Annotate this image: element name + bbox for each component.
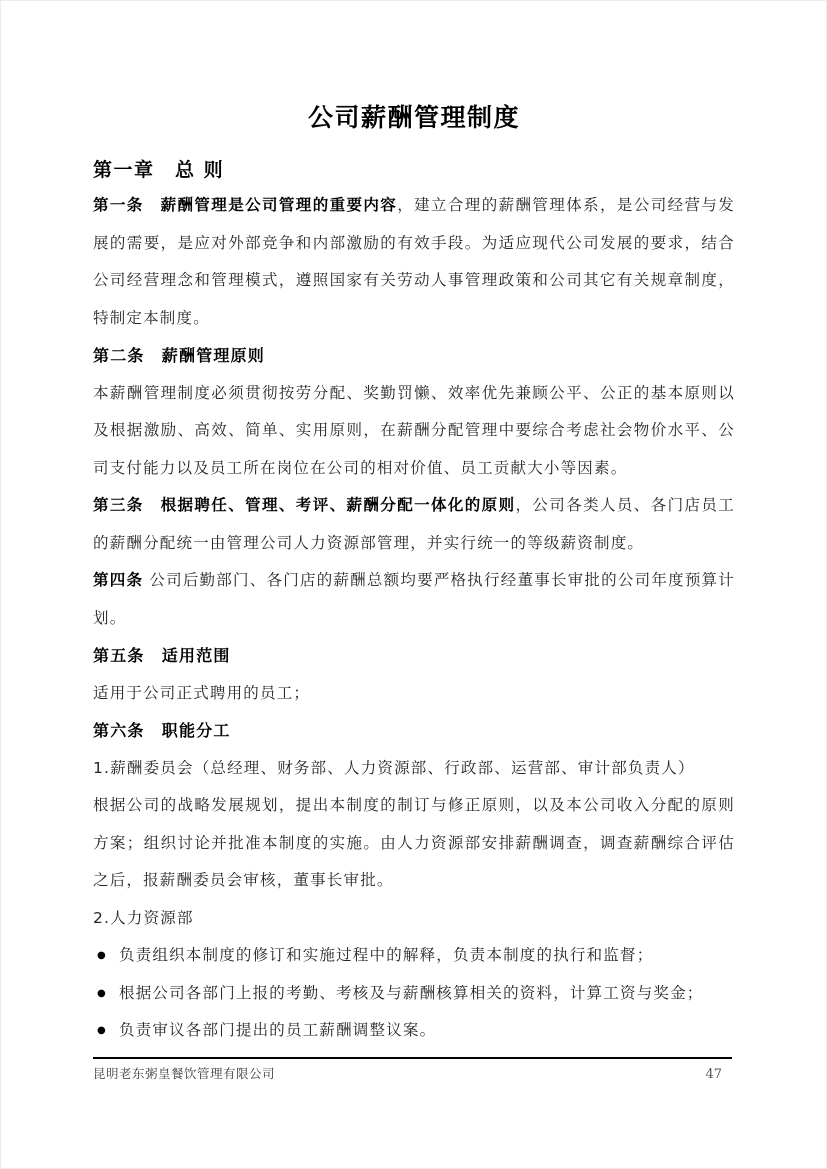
article-1-title: 第一条 薪酬管理是公司管理的重要内容	[93, 196, 397, 214]
article-2-heading: 第二条 薪酬管理原则	[93, 337, 735, 375]
article-4-title: 第四条	[93, 571, 143, 589]
committee-intro: 1.薪酬委员会（总经理、财务部、人力资源部、行政部、运营部、审计部负责人）	[93, 750, 735, 788]
document-body: 公司薪酬管理制度 第一章 总 则 第一条 薪酬管理是公司管理的重要内容，建立合理…	[93, 101, 735, 1050]
page-footer: 昆明老东粥皇餐饮管理有限公司 47	[93, 1057, 732, 1082]
bullet-icon: ●	[93, 975, 119, 1013]
list-item-text: 根据公司各部门上报的考勤、考核及与薪酬核算相关的资料，计算工资与奖金；	[119, 975, 735, 1013]
list-item: ● 负责组织本制度的修订和实施过程中的解释，负责本制度的执行和监督；	[93, 937, 735, 975]
list-item: ● 根据公司各部门上报的考勤、考核及与薪酬核算相关的资料，计算工资与奖金；	[93, 975, 735, 1013]
bullet-icon: ●	[93, 937, 119, 975]
list-item-text: 负责审议各部门提出的员工薪酬调整议案。	[119, 1012, 735, 1050]
chapter-1-heading: 第一章 总 则	[93, 153, 735, 187]
footer-company-name: 昆明老东粥皇餐饮管理有限公司	[93, 1064, 275, 1082]
article-3-title: 第三条 根据聘任、管理、考评、薪酬分配一体化的原则	[93, 496, 516, 514]
article-6-heading: 第六条 职能分工	[93, 712, 735, 750]
list-item-text: 负责组织本制度的修订和实施过程中的解释，负责本制度的执行和监督；	[119, 937, 735, 975]
page-number: 47	[705, 1067, 722, 1082]
article-4-text: 公司后勤部门、各门店的薪酬总额均要严格执行经董事长审批的公司年度预算计划。	[93, 571, 735, 627]
article-1-paragraph: 第一条 薪酬管理是公司管理的重要内容，建立合理的薪酬管理体系，是公司经营与发展的…	[93, 187, 735, 337]
article-2-text: 本薪酬管理制度必须贯彻按劳分配、奖勤罚懒、效率优先兼顾公平、公正的基本原则以及根…	[93, 375, 735, 488]
article-5-text: 适用于公司正式聘用的员工；	[93, 675, 735, 713]
list-item: ● 负责审议各部门提出的员工薪酬调整议案。	[93, 1012, 735, 1050]
article-5-heading: 第五条 适用范围	[93, 637, 735, 675]
article-1-text: ，建立合理的薪酬管理体系，是公司经营与发展的需要，是应对外部竞争和内部激励的有效…	[93, 196, 735, 327]
article-3-paragraph: 第三条 根据聘任、管理、考评、薪酬分配一体化的原则，公司各类人员、各门店员工的薪…	[93, 487, 735, 562]
document-page: 公司薪酬管理制度 第一章 总 则 第一条 薪酬管理是公司管理的重要内容，建立合理…	[0, 0, 827, 1169]
hr-department-intro: 2.人力资源部	[93, 900, 735, 938]
document-title: 公司薪酬管理制度	[93, 101, 735, 135]
article-4-paragraph: 第四条 公司后勤部门、各门店的薪酬总额均要严格执行经董事长审批的公司年度预算计划…	[93, 562, 735, 637]
committee-text: 根据公司的战略发展规划，提出本制度的制订与修正原则，以及本公司收入分配的原则方案…	[93, 787, 735, 900]
bullet-icon: ●	[93, 1012, 119, 1050]
